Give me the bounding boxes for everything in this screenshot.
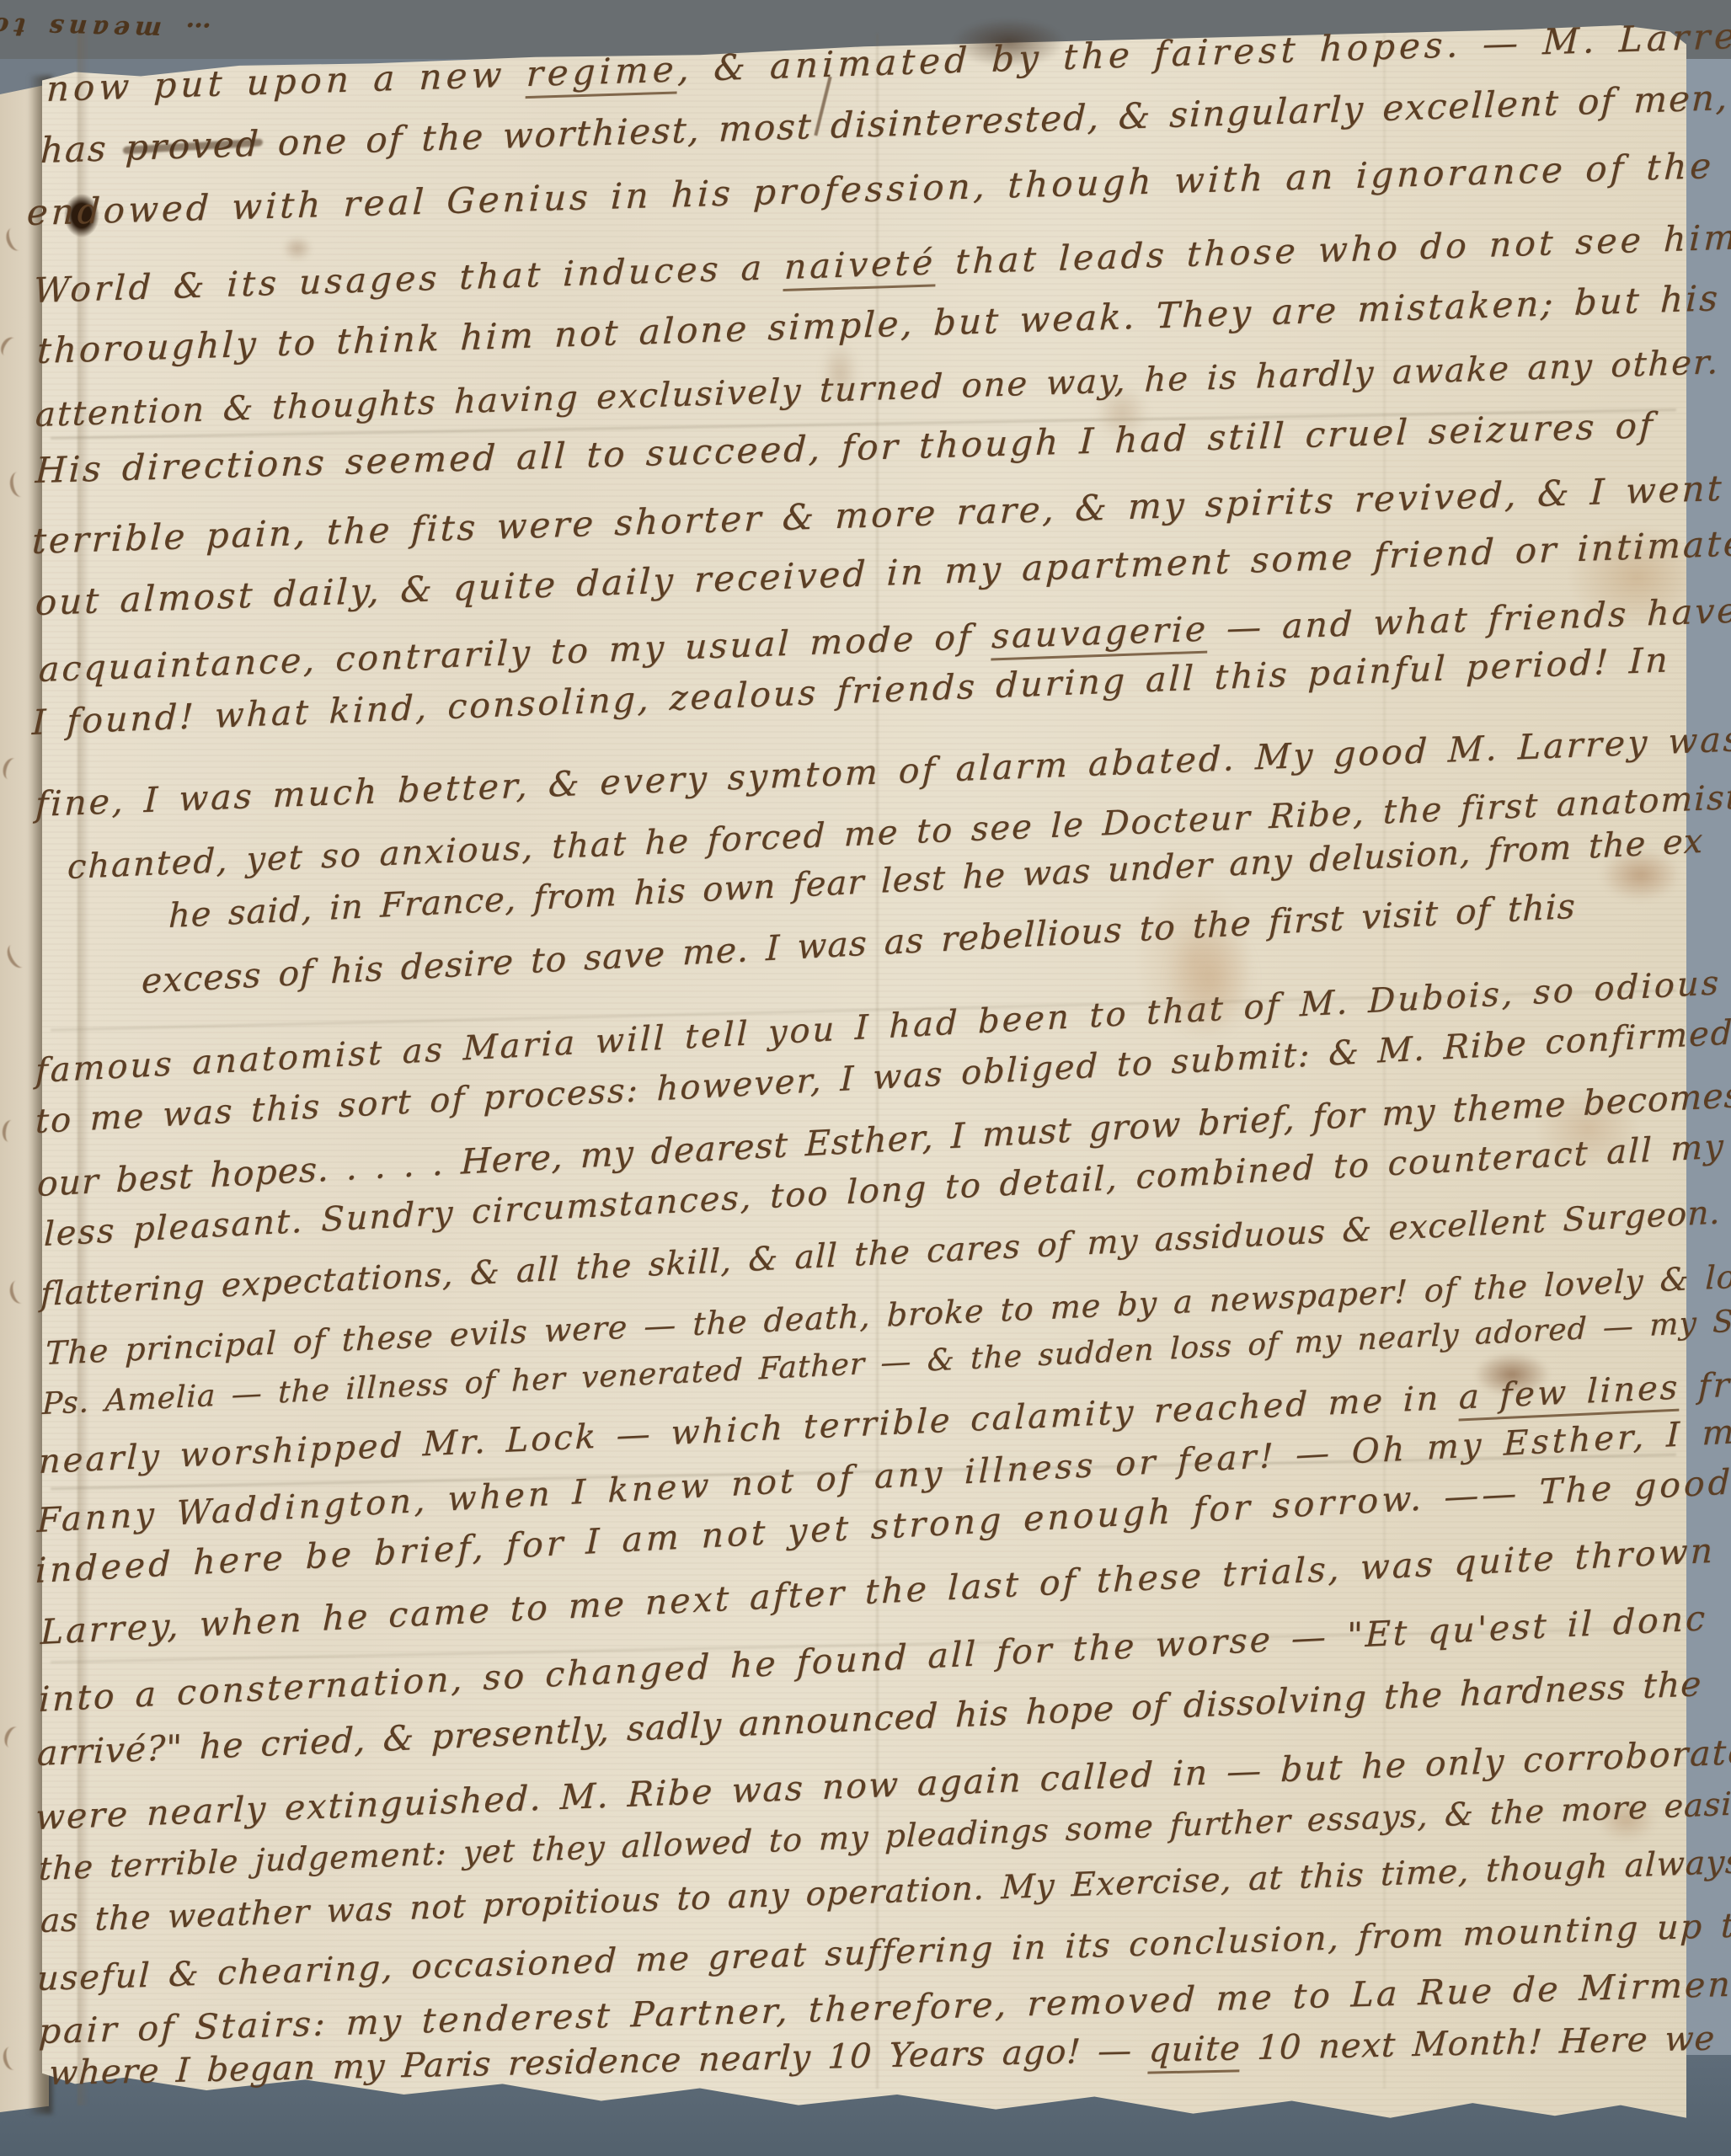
struck-out-word: proved xyxy=(125,123,261,168)
underlined-word: quite xyxy=(1148,2029,1242,2073)
underlined-word: a few lines xyxy=(1458,1368,1680,1421)
manuscript-photo: { "palette": { "ink": "#5b3e24", "paper"… xyxy=(0,0,1731,2156)
underlined-word: sauvagerie xyxy=(991,608,1209,660)
letter-text: … means to write to me, my Sister, and a… xyxy=(0,0,1731,2156)
underlined-word: regime xyxy=(526,48,679,99)
underlined-word: naiveté xyxy=(783,242,937,291)
inverted-cross-writing-line: … means to write to me, my Sister, and a… xyxy=(0,0,211,44)
